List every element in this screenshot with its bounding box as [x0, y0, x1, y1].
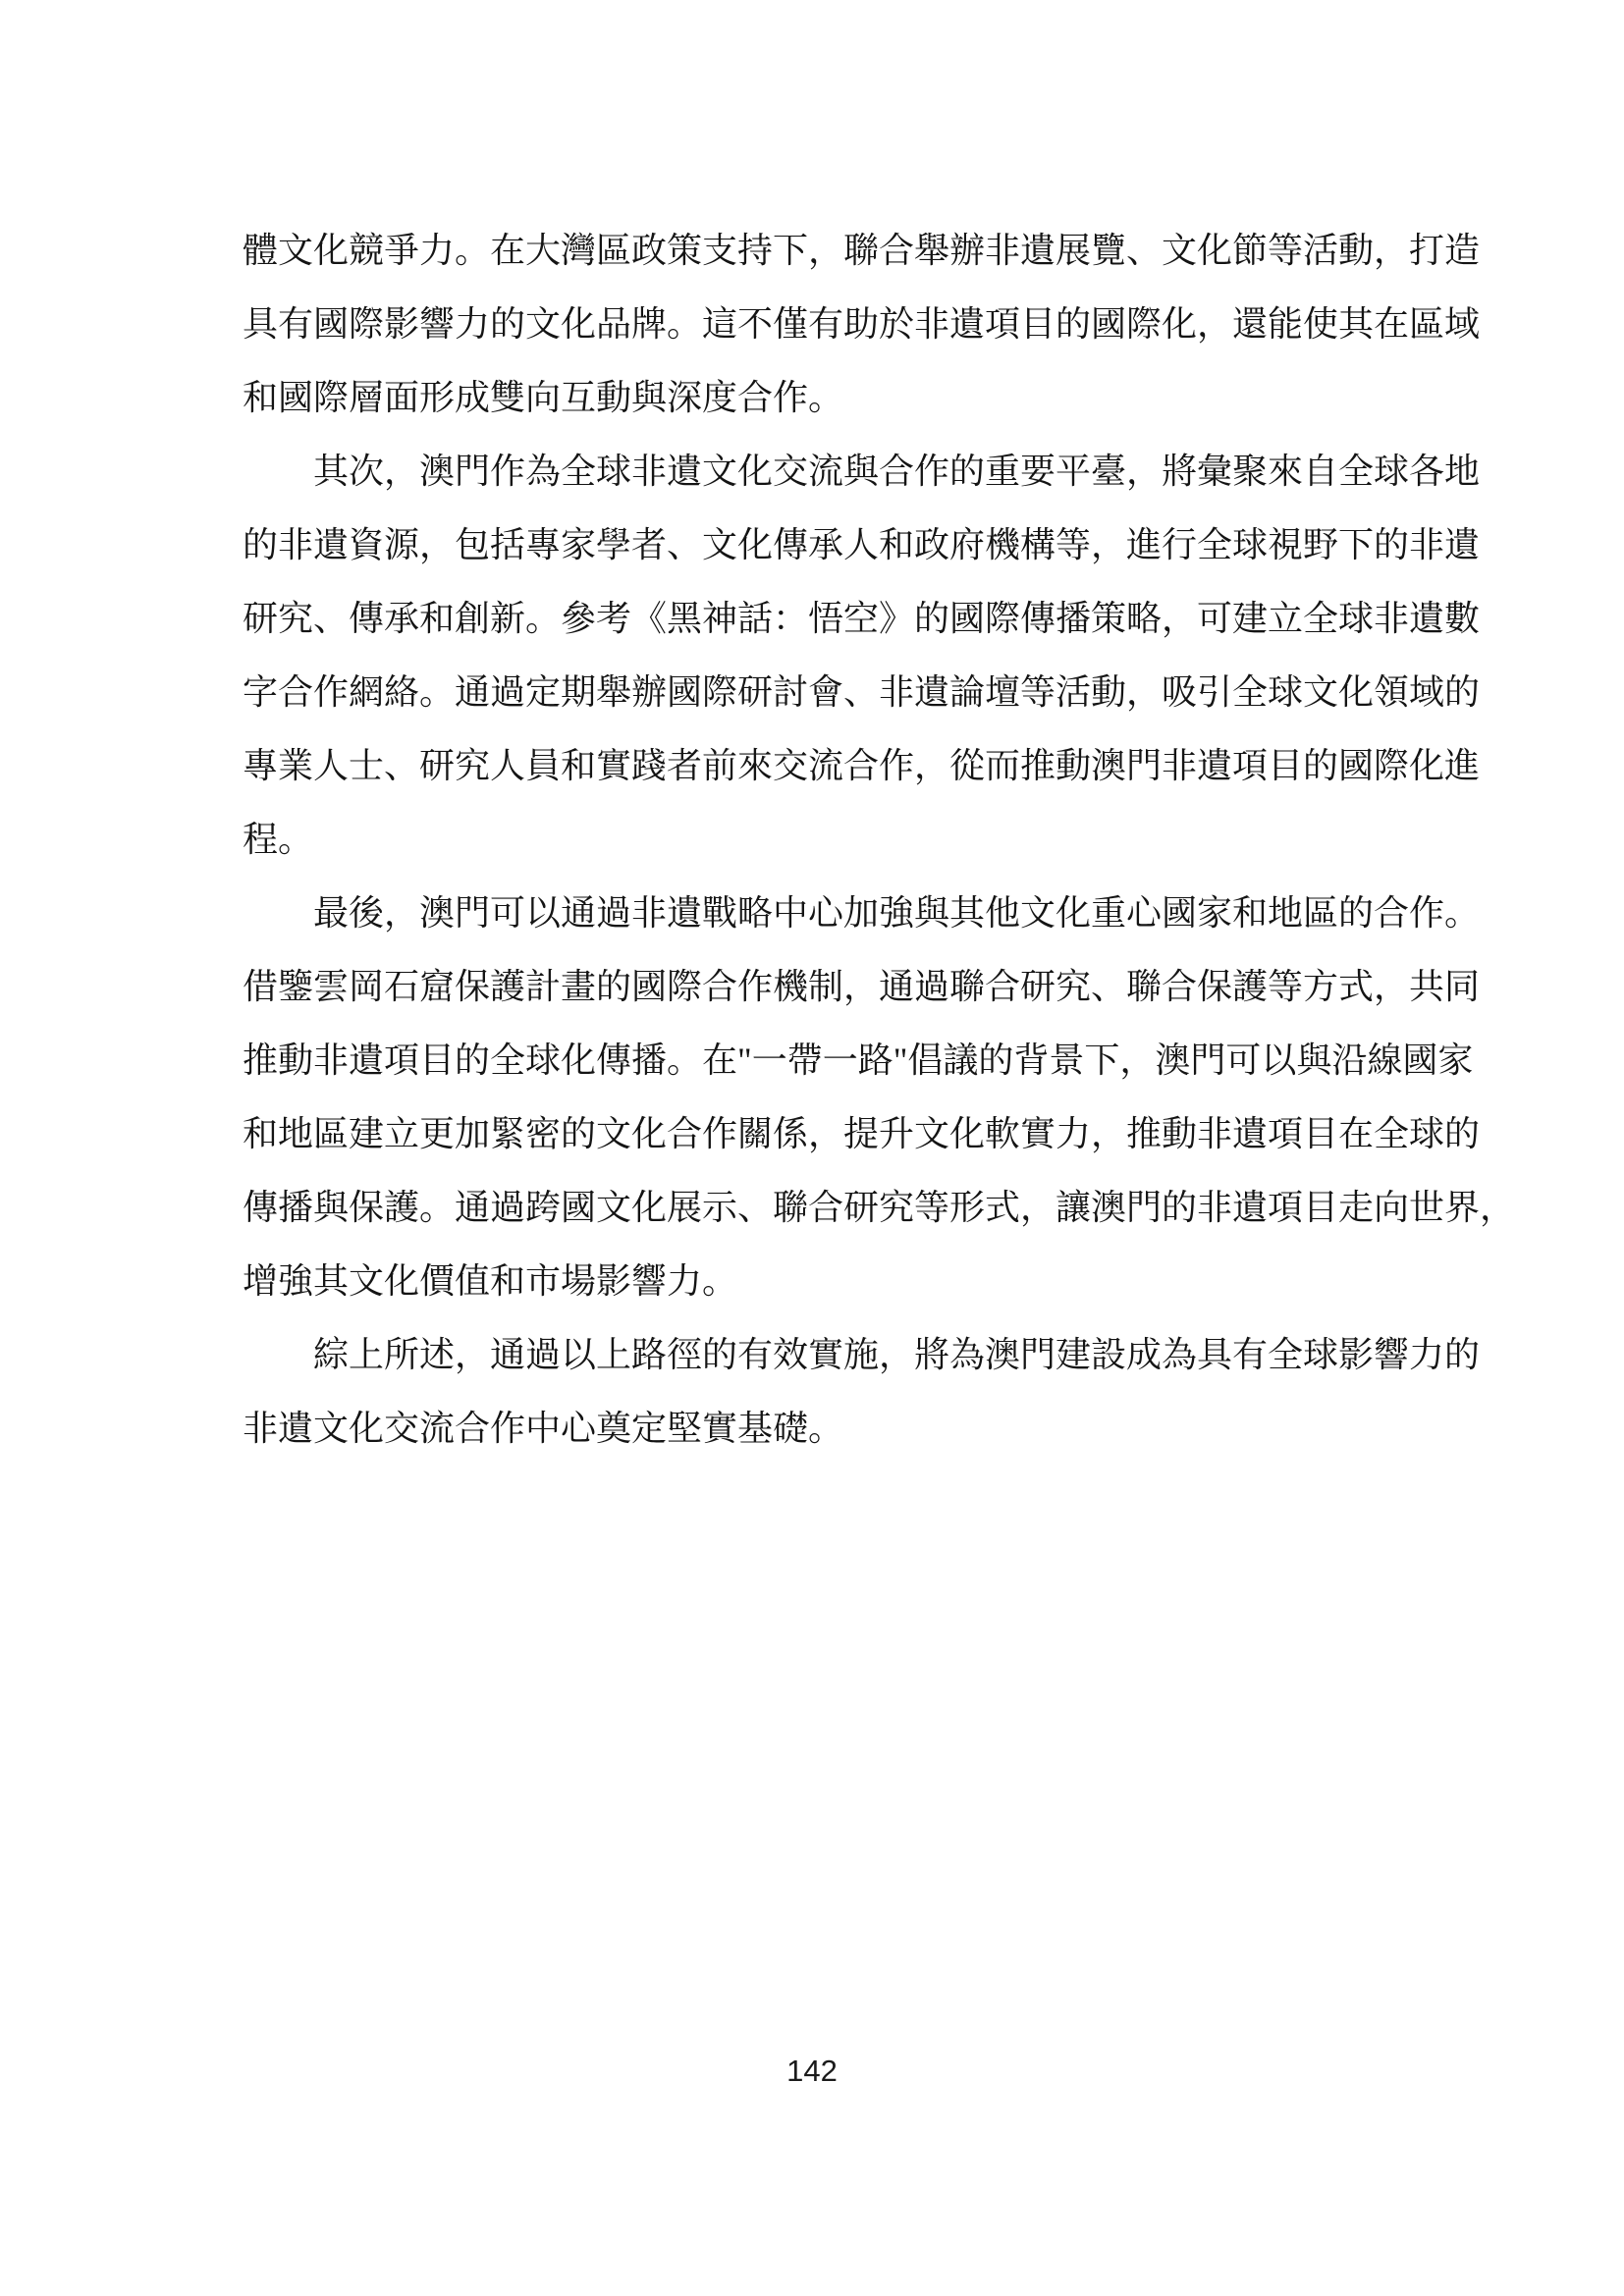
text-line: 推動非遺項目的全球化傳播。在"一帶一路"倡議的背景下，澳門可以與沿線國家	[243, 1024, 1383, 1097]
paragraph: 最後，澳門可以通過非遺戰略中心加強與其他文化重心國家和地區的合作。 借鑒雲岡石窟…	[243, 877, 1383, 1318]
text-line: 和國際層面形成雙向互動與深度合作。	[243, 361, 1383, 435]
text-line: 非遺文化交流合作中心奠定堅實基礎。	[243, 1392, 1383, 1466]
page-number: 142	[0, 2054, 1624, 2089]
text-line: 具有國際影響力的文化品牌。這不僅有助於非遺項目的國際化，還能使其在區域	[243, 288, 1383, 361]
text-line: 體文化競爭力。在大灣區政策支持下，聯合舉辦非遺展覽、文化節等活動，打造	[243, 214, 1383, 288]
text-line: 借鑒雲岡石窟保護計畫的國際合作機制，通過聯合研究、聯合保護等方式，共同	[243, 950, 1383, 1024]
paragraph: 綜上所述，通過以上路徑的有效實施，將為澳門建設成為具有全球影響力的 非遺文化交流…	[243, 1318, 1383, 1466]
text-line: 和地區建立更加緊密的文化合作關係，提升文化軟實力，推動非遺項目在全球的	[243, 1097, 1383, 1171]
text-line: 的非遺資源，包括專家學者、文化傳承人和政府機構等，進行全球視野下的非遺	[243, 508, 1383, 582]
text-line: 研究、傳承和創新。參考《黑神話：悟空》的國際傳播策略，可建立全球非遺數	[243, 582, 1383, 656]
text-line: 傳播與保護。通過跨國文化展示、聯合研究等形式，讓澳門的非遺項目走向世界，	[243, 1171, 1383, 1245]
text-line: 最後，澳門可以通過非遺戰略中心加強與其他文化重心國家和地區的合作。	[243, 877, 1383, 950]
text-line: 增強其文化價值和市場影響力。	[243, 1245, 1383, 1318]
text-line: 字合作網絡。通過定期舉辦國際研討會、非遺論壇等活動，吸引全球文化領域的	[243, 656, 1383, 729]
text-line: 程。	[243, 803, 1383, 877]
paragraph: 體文化競爭力。在大灣區政策支持下，聯合舉辦非遺展覽、文化節等活動，打造 具有國際…	[243, 214, 1383, 435]
text-block: 體文化競爭力。在大灣區政策支持下，聯合舉辦非遺展覽、文化節等活動，打造 具有國際…	[243, 214, 1383, 1466]
text-line: 其次，澳門作為全球非遺文化交流與合作的重要平臺，將彙聚來自全球各地	[243, 435, 1383, 508]
text-line: 綜上所述，通過以上路徑的有效實施，將為澳門建設成為具有全球影響力的	[243, 1318, 1383, 1392]
text-line: 專業人士、研究人員和實踐者前來交流合作，從而推動澳門非遺項目的國際化進	[243, 729, 1383, 803]
document-page: 體文化競爭力。在大灣區政策支持下，聯合舉辦非遺展覽、文化節等活動，打造 具有國際…	[0, 0, 1624, 2296]
paragraph: 其次，澳門作為全球非遺文化交流與合作的重要平臺，將彙聚來自全球各地 的非遺資源，…	[243, 435, 1383, 877]
